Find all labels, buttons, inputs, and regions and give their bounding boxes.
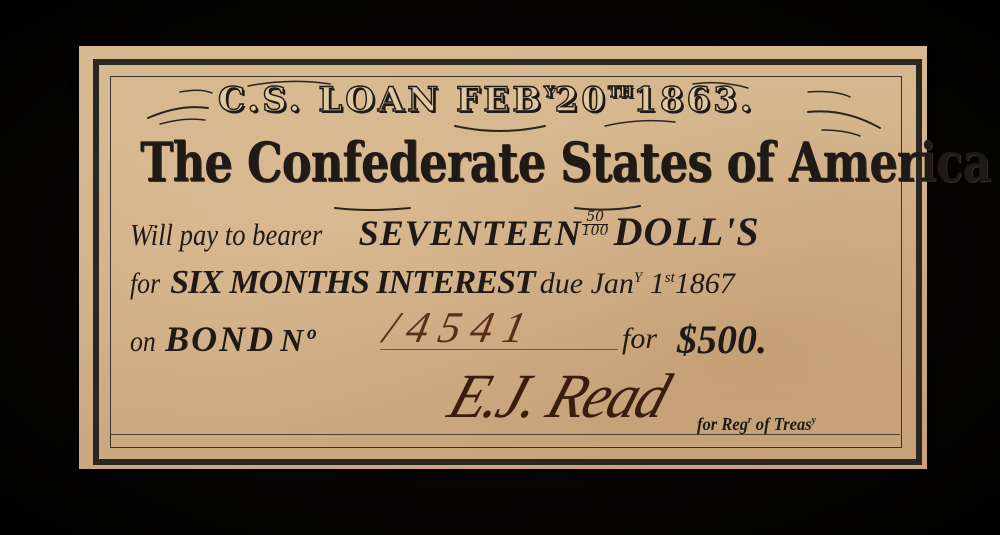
pay-line: Will pay to bearer SEVENTEEN50100 DOLL'S	[130, 208, 760, 255]
face-value: $500.	[677, 316, 767, 363]
handwritten-bond-number: /4541	[380, 302, 541, 353]
pay-lead: Will pay to bearer	[130, 217, 322, 253]
bond-label: BOND	[165, 319, 275, 359]
interest-description: SIX MONTHS INTEREST	[170, 264, 535, 301]
handwritten-signature: E.J. Read	[440, 360, 677, 432]
signature-title: for Regr of Treasy	[697, 414, 816, 435]
due-date: due JanY 1st1867	[540, 267, 735, 300]
loan-header: C.S. LOAN FEBY20TH1863.	[218, 80, 755, 120]
bond-line: on BOND Nº	[130, 318, 317, 360]
interest-line: for SIX MONTHS INTEREST due JanY 1st1867	[130, 264, 735, 302]
currency-unit: DOLL'S	[614, 209, 760, 254]
cents-fraction: 50100	[582, 211, 609, 238]
for-word: for	[622, 322, 657, 356]
amount-words: SEVENTEEN	[359, 213, 582, 253]
issuer-title: The Confederate States of America	[140, 130, 991, 194]
number-label: Nº	[280, 322, 317, 358]
